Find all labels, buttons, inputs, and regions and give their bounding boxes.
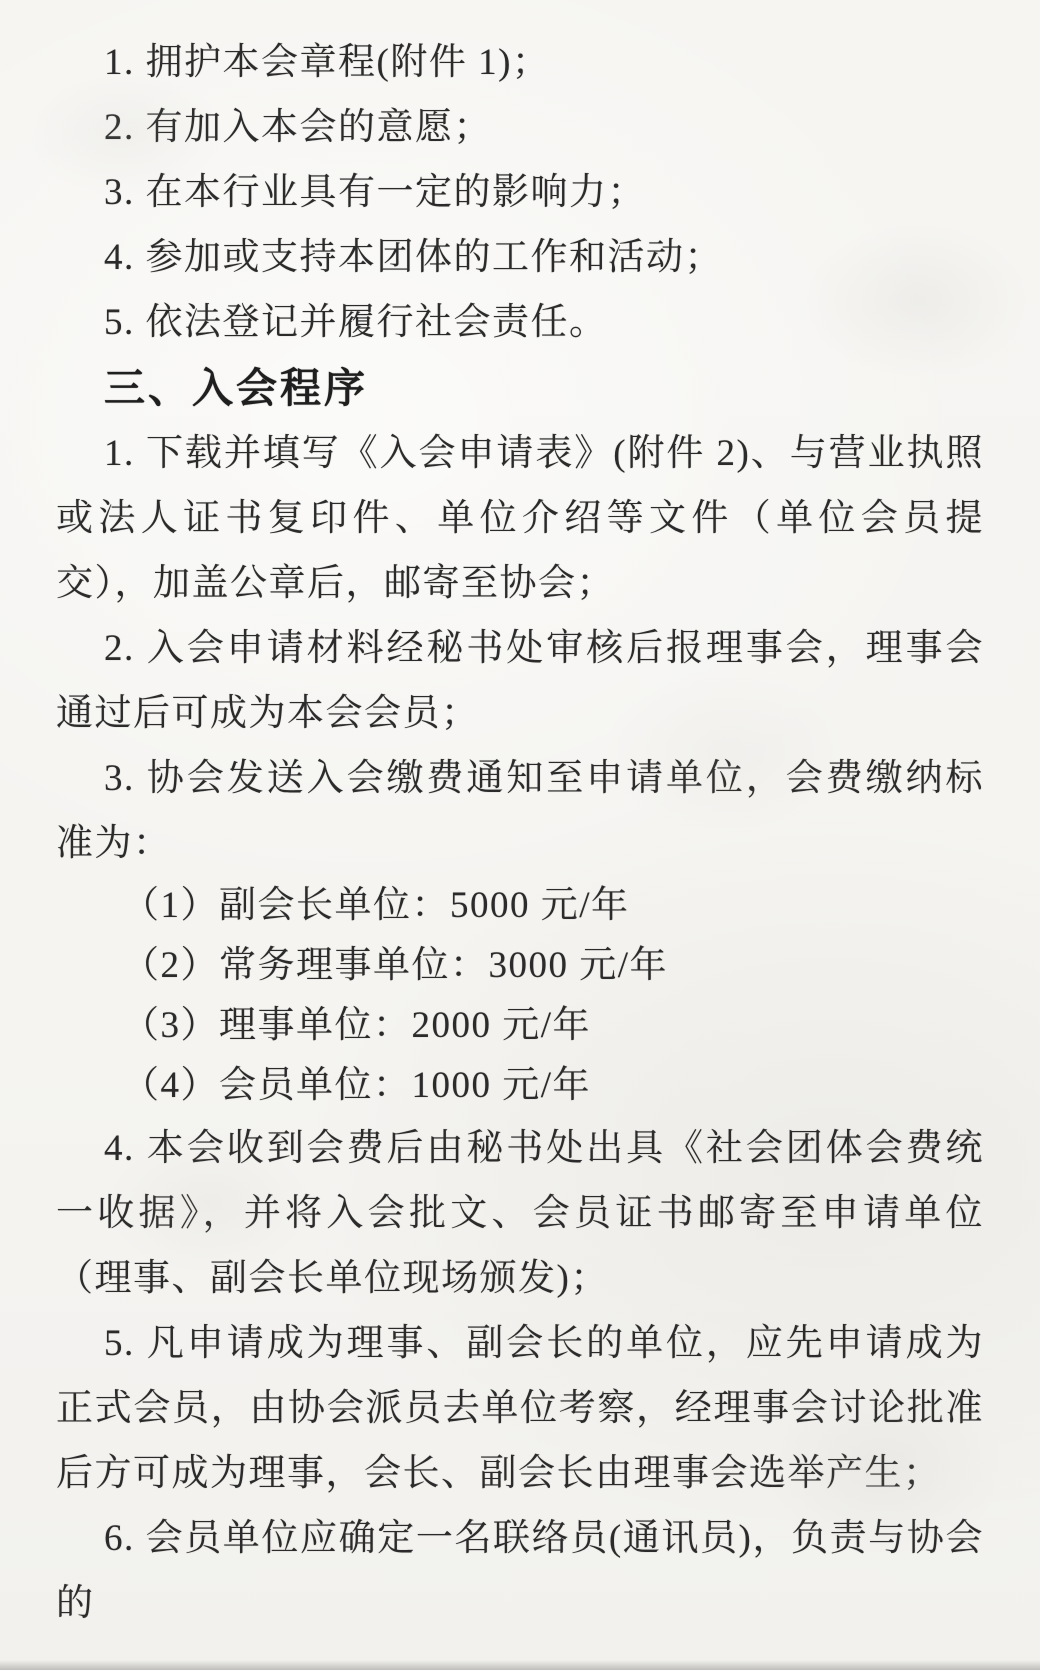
- fee-item-executive-director: （2）常务理事单位：3000 元/年: [56, 936, 984, 996]
- procedure-step-5: 5. 凡申请成为理事、副会长的单位，应先申请成为正式会员，由协会派员去单位考察，…: [56, 1311, 984, 1506]
- scanned-document-page: 1. 拥护本会章程(附件 1)； 2. 有加入本会的意愿； 3. 在本行业具有一…: [0, 0, 1040, 1670]
- procedure-step-2: 2. 入会申请材料经秘书处审核后报理事会，理事会通过后可成为本会会员；: [56, 616, 984, 746]
- procedure-step-1: 1. 下载并填写《入会申请表》(附件 2)、与营业执照或法人证书复印件、单位介绍…: [56, 421, 984, 616]
- procedure-step-6: 6. 会员单位应确定一名联络员(通讯员)，负责与协会的: [56, 1506, 984, 1636]
- fee-item-member: （4）会员单位：1000 元/年: [56, 1056, 984, 1116]
- condition-item-2: 2. 有加入本会的意愿；: [56, 95, 984, 160]
- fee-item-vice-president: （1）副会长单位：5000 元/年: [56, 876, 984, 936]
- membership-fee-list: （1）副会长单位：5000 元/年 （2）常务理事单位：3000 元/年 （3）…: [56, 876, 984, 1116]
- section-heading: 三、入会程序: [56, 355, 984, 421]
- procedure-step-4: 4. 本会收到会费后由秘书处出具《社会团体会费统一收据》，并将入会批文、会员证书…: [56, 1116, 984, 1311]
- condition-item-4: 4. 参加或支持本团体的工作和活动；: [56, 225, 984, 290]
- condition-item-3: 3. 在本行业具有一定的影响力；: [56, 160, 984, 225]
- condition-item-1: 1. 拥护本会章程(附件 1)；: [56, 30, 984, 95]
- fee-item-director: （3）理事单位：2000 元/年: [56, 996, 984, 1056]
- procedure-step-3: 3. 协会发送入会缴费通知至申请单位，会费缴纳标准为：: [56, 746, 984, 876]
- condition-item-5: 5. 依法登记并履行社会责任。: [56, 290, 984, 355]
